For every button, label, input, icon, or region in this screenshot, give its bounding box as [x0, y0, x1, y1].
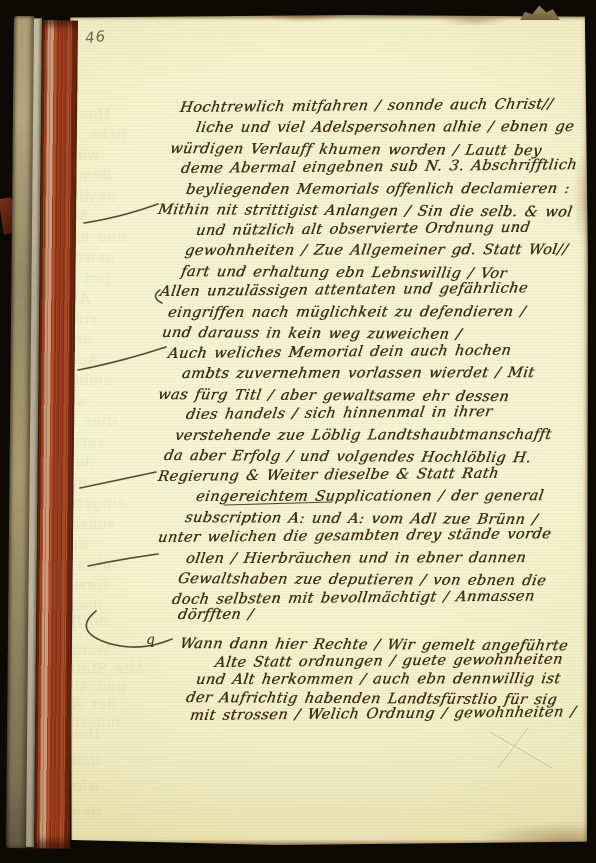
manuscript-line: liche und viel Adelspersohnen alhie / eb… [195, 119, 575, 136]
manuscript-line: verstehende zue Löblig Landtshaubtmansch… [174, 427, 553, 444]
manuscript-line: Allen unzulässigen attentaten und gefähr… [159, 280, 529, 300]
manuscript-line: deme Abermal eingebnen sub N. 3. Abschri… [180, 157, 578, 177]
manuscript-line: Alte Statt ordnungen / guete gewohnheite… [214, 652, 564, 671]
manuscript-line: dies handels / sich hinnenmal in ihrer [185, 404, 494, 423]
manuscript-line: und darauss in kein weg zuweichen / [161, 325, 463, 343]
manuscript-line: subscription A: und A: vom Adl zue Brünn… [184, 510, 539, 528]
paragraph-marker: q [146, 632, 155, 648]
manuscript-text: Hochtrewlich mitfahren / sonnde auch Chr… [70, 15, 588, 845]
manuscript-line: Hochtrewlich mitfahren / sonnde auch Chr… [179, 96, 554, 116]
folio-number: 46 [84, 27, 107, 47]
manuscript-line: gewohnheiten / Zue Allgemeiner gd. Statt… [184, 242, 569, 259]
manuscript-line: unter welichen die gesambten drey stände… [157, 526, 552, 546]
manuscript-line: Mithin nit strittigist Anlangen / Sin di… [157, 202, 574, 221]
manuscript-line: Gewaltshaben zue deputieren / von ebnen … [177, 571, 548, 589]
manuscript-line: und Alt herkommen / auch ebn dennwillig … [195, 671, 562, 688]
manuscript-line: eingriffen nach müglichkeit zu defendier… [167, 304, 527, 321]
manuscript-line: da aber Erfolg / und volgendes Hochlöbli… [163, 448, 533, 466]
manuscript-line: und nützlich alt observierte Ordnung und [195, 220, 531, 239]
manuscript-photo: 46 Hochtrewlich mitfahren / sonnde auch … [0, 0, 596, 863]
manuscript-line: was fürg Titl / aber gewaltsame ehr dess… [157, 387, 511, 405]
manuscript-line: fart und erhaltung ebn Lebnswillig / Vor [180, 264, 508, 282]
book-fore-edge [6, 14, 78, 851]
manuscript-line: eingereichtem Supplicationen / der gener… [195, 488, 545, 505]
torn-corner-tab [520, 5, 560, 20]
manuscript-line: Auch weliches Memorial dein auch hochen [167, 343, 512, 362]
manuscript-line: mit strossen / Welich Ordnung / gewohnhe… [189, 704, 577, 724]
manuscript-line: ambts zuvernehmen vorlassen wierdet / Mi… [181, 365, 536, 382]
manuscript-line: ollen / Hierbräuchen und in ebner dannen [185, 550, 528, 567]
manuscript-line: dörfften / [177, 607, 255, 623]
manuscript-line: beyliegenden Memorials offenlich declami… [185, 181, 571, 198]
manuscript-line: würdigen Verlauff khumen worden / Lautt … [169, 141, 543, 159]
manuscript-page: 46 Hochtrewlich mitfahren / sonnde auch … [70, 15, 588, 845]
manuscript-line: Regierung & Weiter dieselbe & Statt Rath [157, 466, 500, 485]
manuscript-line: doch selbsten mit bevollmächtigt / Anmas… [171, 589, 536, 609]
